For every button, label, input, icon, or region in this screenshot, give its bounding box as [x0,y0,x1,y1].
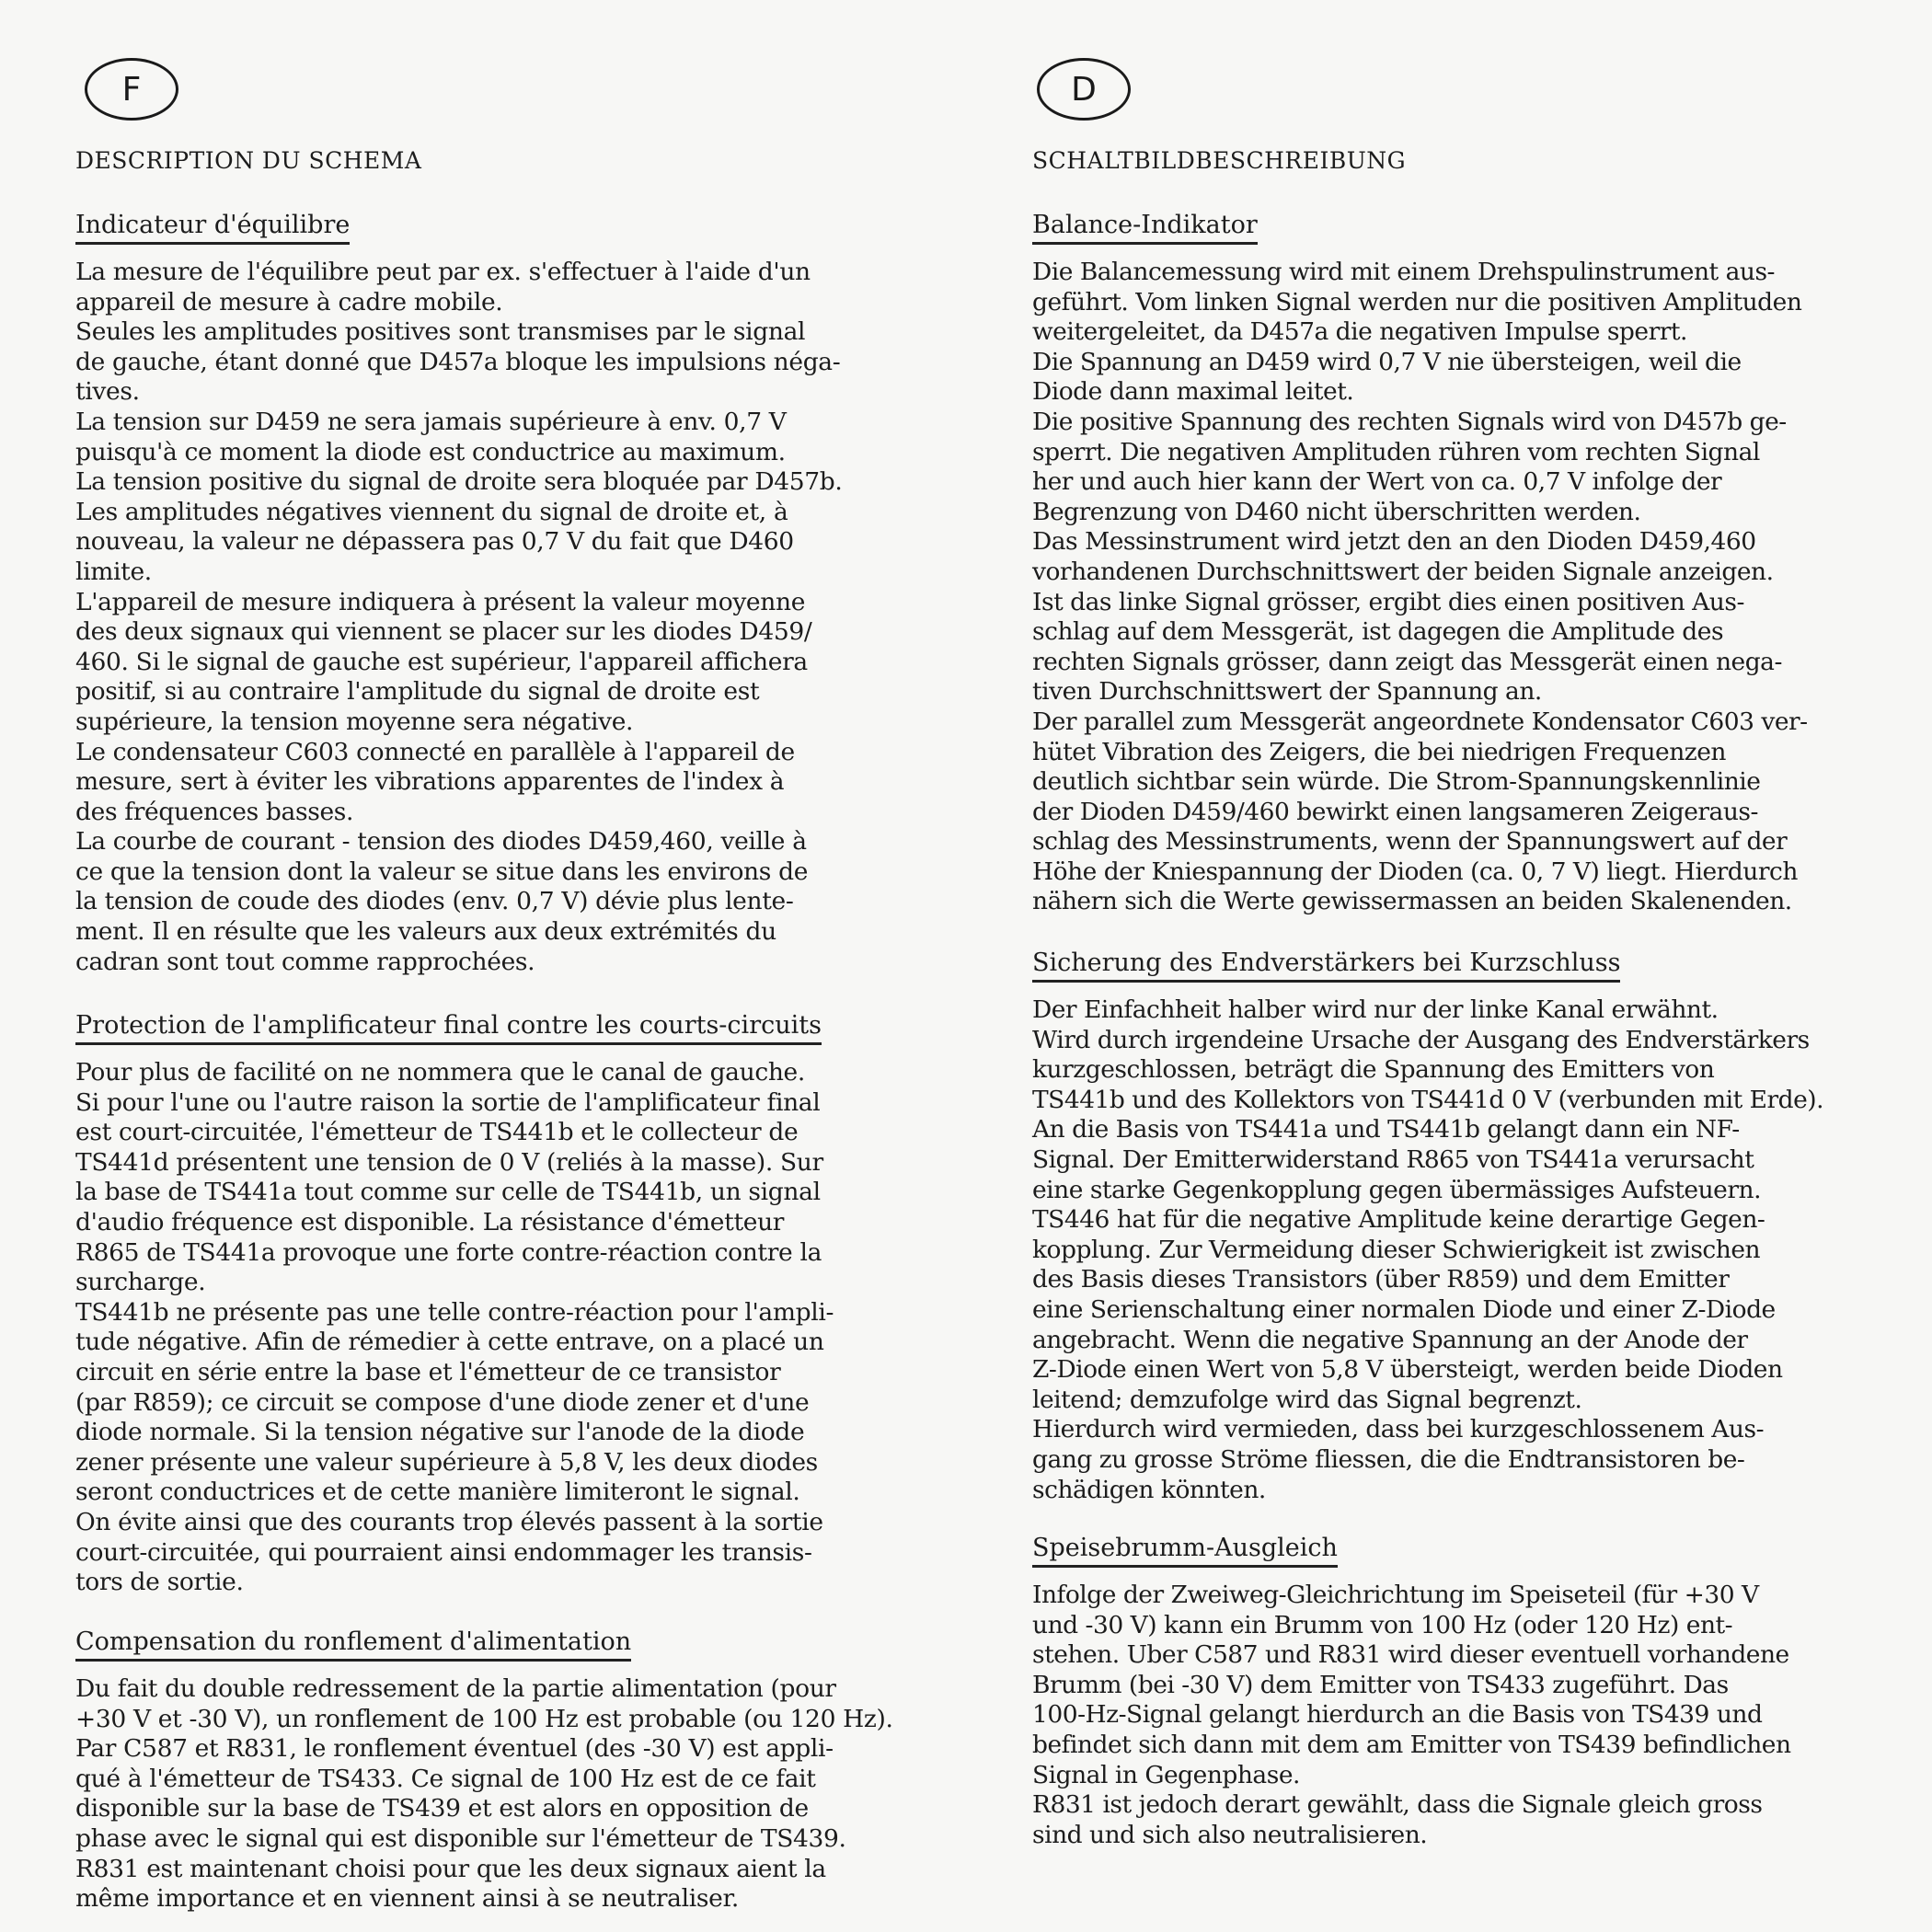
text-line: Hierdurch wird vermieden, dass bei kurzg… [1032,1415,1932,1445]
text-line: Ist das linke Signal grösser, ergibt die… [1032,588,1932,618]
text-line: Der Einfachheit halber wird nur der link… [1032,995,1932,1026]
text-line: seront conductrices et de cette manière … [75,1478,995,1508]
text-line: tors de sortie. [75,1568,995,1598]
text-line: gang zu grosse Ströme fliessen, die die … [1032,1445,1932,1476]
text-line: des deux signaux qui viennent se placer … [75,617,995,648]
text-line: kopplung. Zur Vermeidung dieser Schwieri… [1032,1236,1932,1266]
section-body: La mesure de l'équilibre peut par ex. s'… [75,258,995,977]
section-heading: Indicateur d'équilibre [75,210,350,245]
section-body: Die Balancemessung wird mit einem Drehsp… [1032,258,1932,917]
text-line: d'audio fréquence est disponible. La rés… [75,1208,995,1238]
section-heading: Compensation du ronflement d'alimentatio… [75,1627,631,1662]
section-short-circuit-protection-fr: Protection de l'amplificateur final cont… [75,1010,995,1598]
text-line: La courbe de courant - tension des diode… [75,827,995,857]
text-line: Brumm (bei -30 V) dem Emitter von TS433 … [1032,1671,1932,1701]
text-line: TS446 hat für die negative Amplitude kei… [1032,1205,1932,1236]
text-line: court-circuitée, qui pourraient ainsi en… [75,1538,995,1569]
text-line: Die positive Spannung des rechten Signal… [1032,408,1932,438]
text-line: Höhe der Kniespannung der Dioden (ca. 0,… [1032,857,1932,888]
text-line: phase avec le signal qui est disponible … [75,1824,995,1855]
document-page: F DESCRIPTION DU SCHEMA Indicateur d'équ… [0,0,1932,1932]
section-balance-indicator-de: Balance-Indikator Die Balancemessung wir… [1032,210,1932,917]
text-line: nähern sich die Werte gewissermassen an … [1032,887,1932,917]
section-hum-compensation-fr: Compensation du ronflement d'alimentatio… [75,1627,995,1915]
text-line: befindet sich dann mit dem am Emitter vo… [1032,1731,1932,1761]
text-line: TS441d présentent une tension de 0 V (re… [75,1148,995,1179]
text-line: On évite ainsi que des courants trop éle… [75,1508,995,1538]
text-line: eine Serienschaltung einer normalen Diod… [1032,1295,1932,1326]
language-badge-d: D [1037,58,1131,121]
text-line: Der parallel zum Messgerät angeordnete K… [1032,707,1932,738]
section-body: Infolge der Zweiweg-Gleichrichtung im Sp… [1032,1581,1932,1850]
text-line: appareil de mesure à cadre mobile. [75,288,995,318]
text-line: Z-Diode einen Wert von 5,8 V übersteigt,… [1032,1355,1932,1386]
text-line: R865 de TS441a provoque une forte contre… [75,1238,995,1269]
text-line: TS441b und des Kollektors von TS441d 0 V… [1032,1086,1932,1116]
text-line: de gauche, étant donné que D457a bloque … [75,348,995,378]
text-line: schädigen könnten. [1032,1476,1932,1506]
text-line: schlag auf dem Messgerät, ist dagegen di… [1032,617,1932,648]
text-line: ment. Il en résulte que les valeurs aux … [75,917,995,948]
section-hum-compensation-de: Speisebrumm-Ausgleich Infolge der Zweiwe… [1032,1533,1932,1850]
text-line: eine starke Gegenkopplung gegen übermäss… [1032,1176,1932,1206]
text-line: positif, si au contraire l'amplitude du … [75,677,995,707]
text-line: 100-Hz-Signal gelangt hierdurch an die B… [1032,1700,1932,1731]
text-line: weitergeleitet, da D457a die negativen I… [1032,317,1932,348]
section-balance-indicator-fr: Indicateur d'équilibre La mesure de l'éq… [75,210,995,977]
text-line: stehen. Uber C587 und R831 wird dieser e… [1032,1640,1932,1671]
page-title: SCHALTBILDBESCHREIBUNG [1032,147,1406,174]
text-line: Par C587 et R831, le ronflement éventuel… [75,1734,995,1765]
text-line: TS441b ne présente pas une telle contre-… [75,1298,995,1328]
text-line: 460. Si le signal de gauche est supérieu… [75,648,995,678]
text-line: la base de TS441a tout comme sur celle d… [75,1178,995,1208]
text-line: kurzgeschlossen, beträgt die Spannung de… [1032,1055,1932,1086]
text-line: R831 ist jedoch derart gewählt, dass die… [1032,1790,1932,1821]
text-line: leitend; demzufolge wird das Signal begr… [1032,1386,1932,1416]
text-line: supérieure, la tension moyenne sera néga… [75,707,995,738]
text-line: des Basis dieses Transistors (über R859)… [1032,1265,1932,1295]
text-line: même importance et en viennent ainsi à s… [75,1884,995,1915]
text-line: L'appareil de mesure indiquera à présent… [75,588,995,618]
text-line: und -30 V) kann ein Brumm von 100 Hz (od… [1032,1611,1932,1641]
text-line: angebracht. Wenn die negative Spannung a… [1032,1326,1932,1356]
section-heading: Balance-Indikator [1032,210,1258,245]
section-short-circuit-protection-de: Sicherung des Endverstärkers bei Kurzsch… [1032,948,1932,1505]
text-line: her und auch hier kann der Wert von ca. … [1032,467,1932,498]
text-line: rechten Signals grösser, dann zeigt das … [1032,648,1932,678]
text-line: circuit en série entre la base et l'émet… [75,1358,995,1388]
text-line: +30 V et -30 V), un ronflement de 100 Hz… [75,1705,995,1735]
text-line: (par R859); ce circuit se compose d'une … [75,1388,995,1419]
text-line: ce que la tension dont la valeur se situ… [75,857,995,888]
text-line: Infolge der Zweiweg-Gleichrichtung im Sp… [1032,1581,1932,1611]
section-heading: Protection de l'amplificateur final cont… [75,1010,822,1045]
text-line: puisqu'à ce moment la diode est conductr… [75,438,995,468]
text-line: Signal. Der Emitterwiderstand R865 von T… [1032,1145,1932,1176]
text-line: Die Balancemessung wird mit einem Drehsp… [1032,258,1932,288]
text-line: La tension positive du signal de droite … [75,467,995,498]
text-line: Das Messinstrument wird jetzt den an den… [1032,527,1932,558]
text-line: Si pour l'une ou l'autre raison la sorti… [75,1088,995,1119]
text-line: Wird durch irgendeine Ursache der Ausgan… [1032,1026,1932,1056]
text-line: tives. [75,377,995,408]
text-line: Diode dann maximal leitet. [1032,377,1932,408]
text-line: Pour plus de facilité on ne nommera que … [75,1058,995,1088]
text-line: Die Spannung an D459 wird 0,7 V nie über… [1032,348,1932,378]
section-heading: Speisebrumm-Ausgleich [1032,1533,1338,1568]
text-line: limite. [75,558,995,588]
text-line: est court-circuitée, l'émetteur de TS441… [75,1118,995,1148]
text-line: tude négative. Afin de rémedier à cette … [75,1328,995,1358]
text-line: La mesure de l'équilibre peut par ex. s'… [75,258,995,288]
text-line: Du fait du double redressement de la par… [75,1674,995,1705]
text-line: cadran sont tout comme rapprochées. [75,948,995,978]
text-line: zener présente une valeur supérieure à 5… [75,1448,995,1478]
text-line: Signal in Gegenphase. [1032,1761,1932,1791]
text-line: des fréquences basses. [75,798,995,828]
text-line: hütet Vibration des Zeigers, die bei nie… [1032,738,1932,768]
text-line: diode normale. Si la tension négative su… [75,1418,995,1448]
text-line: sind und sich also neutralisieren. [1032,1821,1932,1851]
text-line: la tension de coude des diodes (env. 0,7… [75,887,995,917]
text-line: An die Basis von TS441a und TS441b gelan… [1032,1115,1932,1145]
text-line: tiven Durchschnittswert der Spannung an. [1032,677,1932,707]
section-body: Pour plus de facilité on ne nommera que … [75,1058,995,1598]
text-line: geführt. Vom linken Signal werden nur di… [1032,288,1932,318]
text-line: La tension sur D459 ne sera jamais supér… [75,408,995,438]
text-line: vorhandenen Durchschnittswert der beiden… [1032,558,1932,588]
text-line: der Dioden D459/460 bewirkt einen langsa… [1032,798,1932,828]
section-body: Du fait du double redressement de la par… [75,1674,995,1915]
text-line: surcharge. [75,1268,995,1298]
text-line: mesure, sert à éviter les vibrations app… [75,767,995,798]
text-line: schlag des Messinstruments, wenn der Spa… [1032,827,1932,857]
section-body: Der Einfachheit halber wird nur der link… [1032,995,1932,1505]
text-line: Begrenzung von D460 nicht überschritten … [1032,498,1932,528]
text-line: disponible sur la base de TS439 et est a… [75,1794,995,1824]
text-line: sperrt. Die negativen Amplituden rühren … [1032,438,1932,468]
page-title: DESCRIPTION DU SCHEMA [75,147,421,174]
text-line: Les amplitudes négatives viennent du sig… [75,498,995,528]
text-line: Seules les amplitudes positives sont tra… [75,317,995,348]
section-heading: Sicherung des Endverstärkers bei Kurzsch… [1032,948,1620,983]
text-line: qué à l'émetteur de TS433. Ce signal de … [75,1765,995,1795]
text-line: deutlich sichtbar sein würde. Die Strom-… [1032,767,1932,798]
text-line: R831 est maintenant choisi pour que les … [75,1855,995,1885]
language-badge-f: F [85,58,178,121]
text-line: nouveau, la valeur ne dépassera pas 0,7 … [75,527,995,558]
text-line: Le condensateur C603 connecté en parallè… [75,738,995,768]
